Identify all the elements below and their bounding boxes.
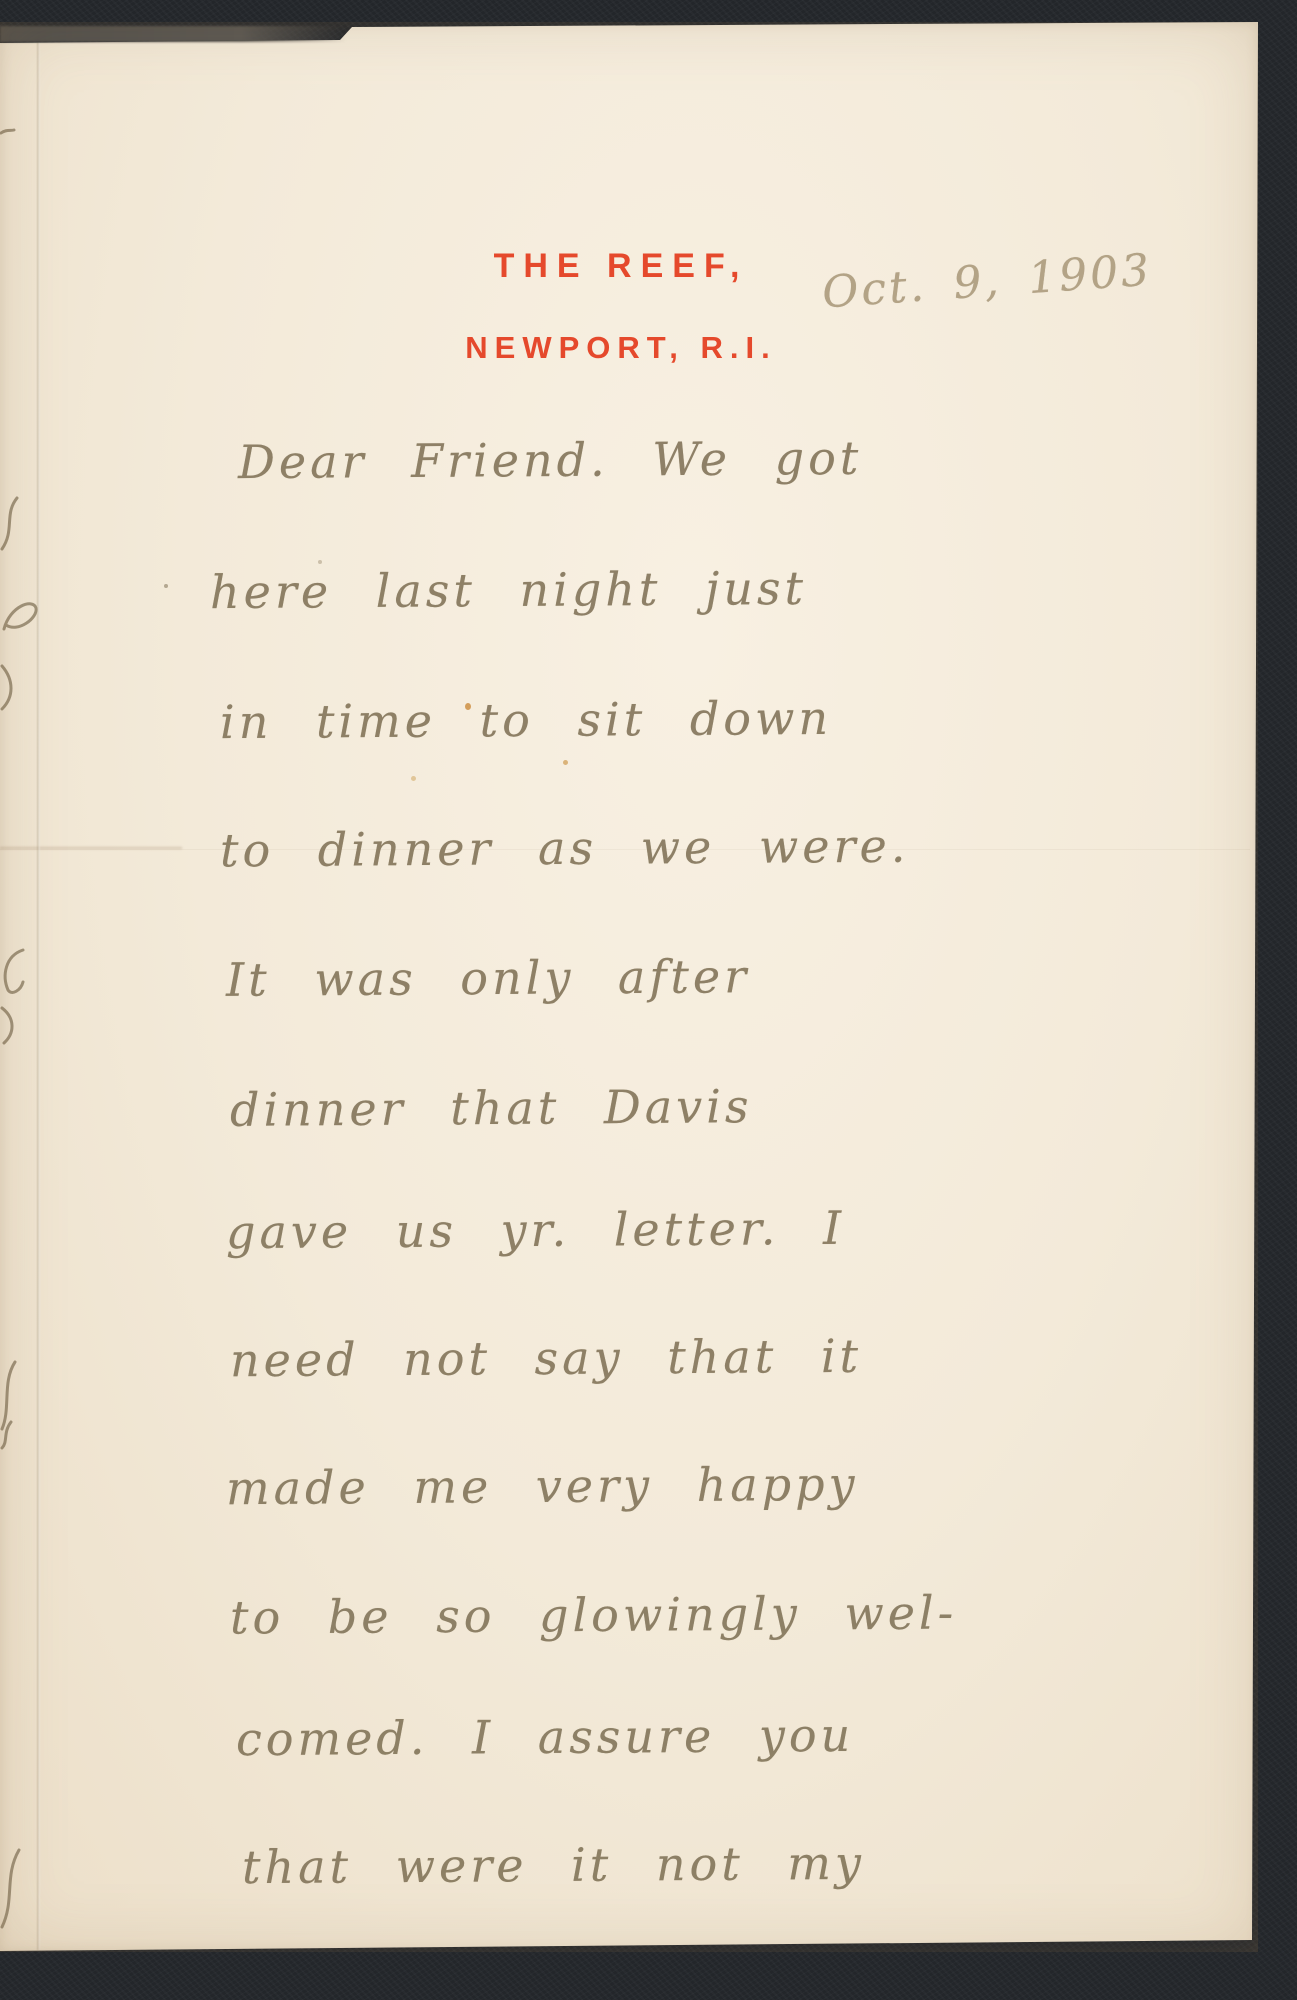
- foxing-spot: [563, 760, 568, 765]
- handwriting-line-8: need not say that it: [230, 1329, 862, 1387]
- letterhead-line2: NEWPORT, R.I.: [425, 330, 817, 366]
- ink-mark: [0, 1848, 22, 1930]
- handwriting-line-6: dinner that Davis: [230, 1079, 753, 1137]
- ink-mark: [0, 1420, 14, 1450]
- handwriting-line-3: in time to sit down: [220, 691, 832, 749]
- handwriting-line-2: here last night just: [210, 561, 807, 619]
- foxing-spot: [318, 560, 322, 564]
- foxing-spot: [164, 584, 168, 588]
- ink-mark: [0, 1004, 20, 1046]
- handwriting-line-1: Dear Friend. We got: [238, 431, 863, 489]
- ink-mark: [0, 496, 20, 552]
- handwriting-line-7: gave us yr. letter. I: [226, 1201, 846, 1259]
- photo-background: THE REEF, NEWPORT, R.I. Oct. 9, 1903 Dea…: [0, 0, 1297, 2000]
- date-handwritten: Oct. 9, 1903: [821, 245, 1154, 319]
- ink-mark: [2, 594, 40, 640]
- horizontal-crease-faint: [0, 849, 1250, 850]
- handwriting-line-11: comed. I assure you: [236, 1708, 855, 1766]
- handwriting-line-12: that were it not my: [242, 1836, 865, 1894]
- foxing-spot: [465, 703, 471, 710]
- handwriting-line-5: It was only after: [226, 949, 750, 1007]
- handwriting-line-9: made me very happy: [226, 1457, 859, 1515]
- handwriting-line-4: to dinner as we were.: [220, 819, 910, 878]
- ink-mark: [0, 126, 16, 138]
- ink-mark: [0, 946, 26, 996]
- letter-paper: THE REEF, NEWPORT, R.I. Oct. 9, 1903 Dea…: [0, 0, 1258, 1952]
- ink-mark: [0, 664, 16, 712]
- fold-crease: [37, 40, 40, 1950]
- foxing-spot: [411, 776, 416, 781]
- letterhead-line1: THE REEF,: [425, 247, 817, 286]
- page-edge-shadow: [0, 26, 346, 42]
- handwriting-line-10: to be so glowingly wel-: [230, 1585, 958, 1644]
